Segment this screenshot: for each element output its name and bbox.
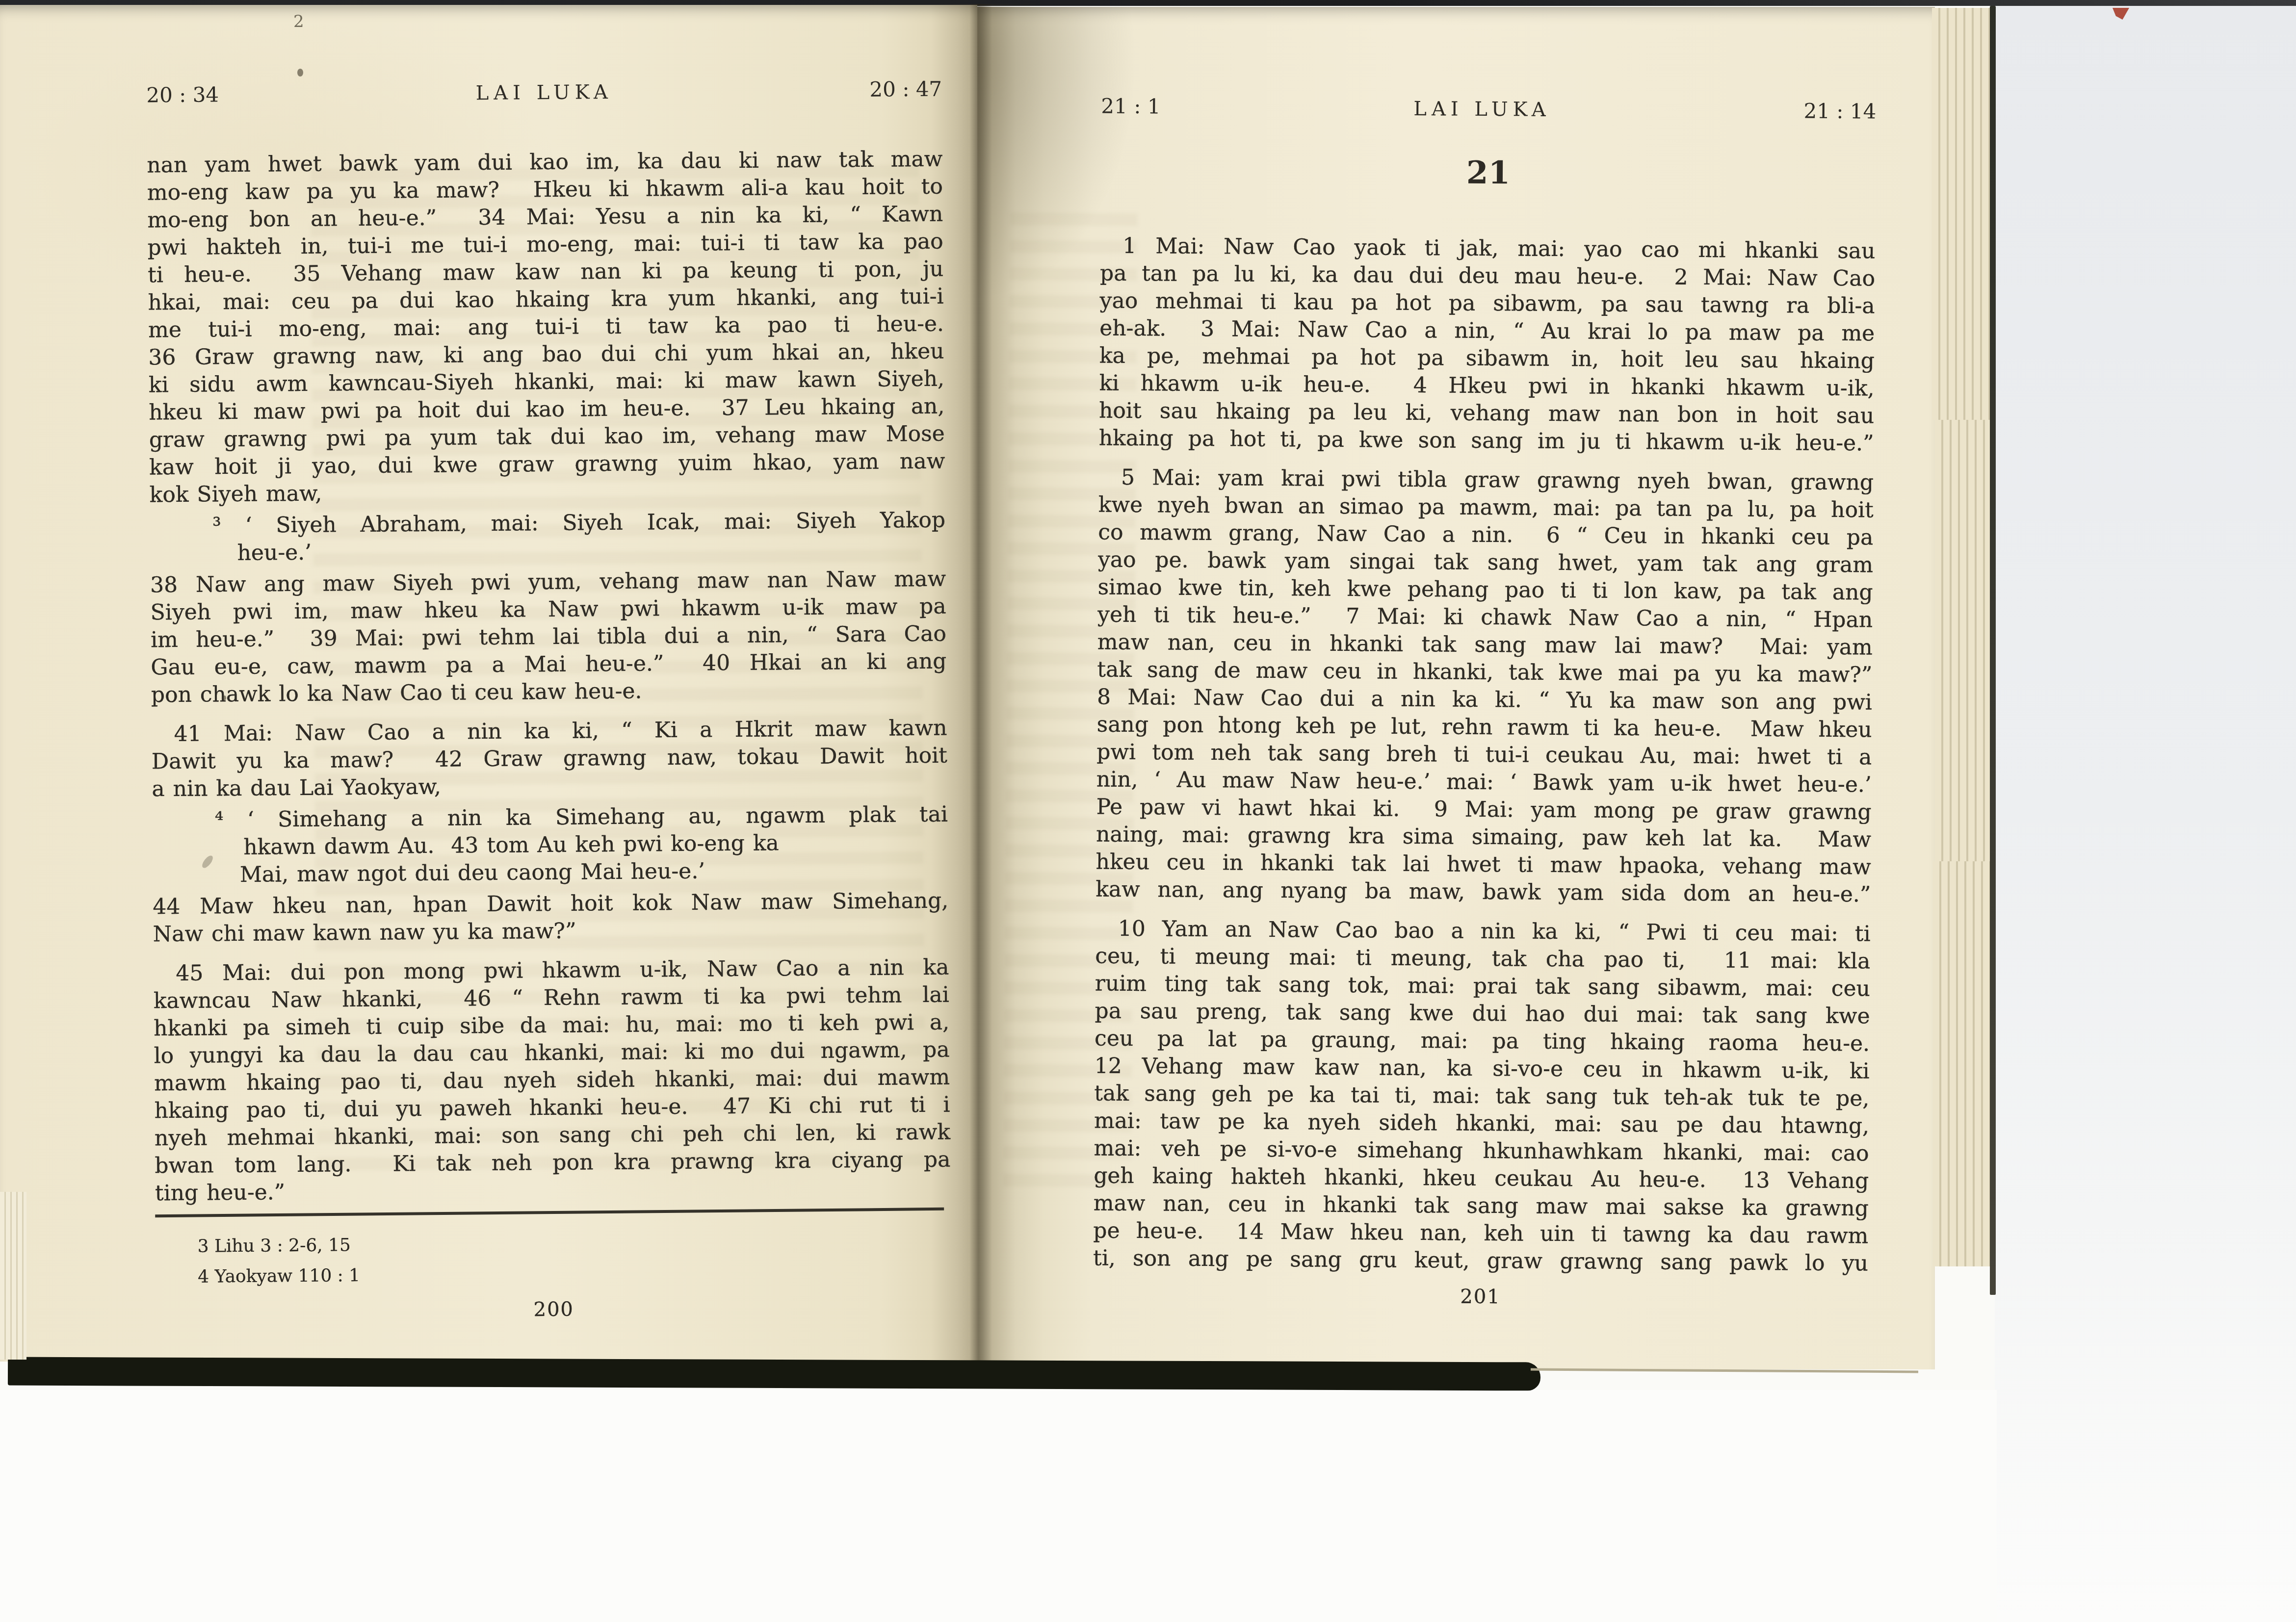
scanner-background-bottom: [0, 1390, 1997, 1622]
scanned-book-spread: 20 : 34 LAI LUKA 20 : 47 nan yam hwet ba…: [0, 0, 2296, 1622]
text-line: kaw nan, ang nyang ba maw, bawk yam sida…: [1096, 875, 1871, 908]
fore-edge-pages: [1935, 420, 1990, 861]
text-line: a nin ka dau Lai Yaokyaw,: [152, 770, 947, 803]
ink-speck: [223, 695, 226, 700]
fore-edge-pages: [1932, 8, 1990, 420]
page-number-left: 200: [156, 1295, 952, 1324]
book-cover-edge-bottom: [8, 1357, 1540, 1391]
text-line: pon chawk lo ka Naw Cao ti ceu kaw heu-e…: [151, 675, 947, 709]
book-cover-edge-right: [1990, 6, 1996, 1295]
text-line: hkaing pa hot ti, pa kwe son sang im ju …: [1099, 424, 1874, 457]
right-page-content: 21 : 1 LAI LUKA 21 : 14 21 1 Mai: Naw Ca…: [1093, 93, 1876, 1311]
text-line: ti, son ang pe sang gru keut, graw grawn…: [1093, 1244, 1868, 1277]
footnote-rule: [155, 1208, 944, 1217]
left-page-ref-start: 20 : 34: [146, 81, 219, 109]
right-page: 21 : 1 LAI LUKA 21 : 14 21 1 Mai: Naw Ca…: [977, 7, 1935, 1369]
stray-mark: 2: [293, 12, 304, 31]
quotation-line: Mai, maw ngot dui deu caong Mai heu-e.’: [153, 856, 948, 890]
left-page-header: 20 : 34 LAI LUKA 20 : 47: [146, 76, 942, 110]
left-page-ref-end: 20 : 47: [869, 76, 942, 103]
fore-edge-pages: [1933, 861, 1990, 1266]
right-page-body: 1 Mai: Naw Cao yaok ti jak, mai: yao cao…: [1093, 232, 1876, 1278]
text-line: Naw chi maw kawn naw yu ka maw?”: [153, 915, 949, 949]
ink-speck: [297, 69, 303, 77]
right-page-ref-start: 21 : 1: [1101, 93, 1160, 121]
left-page: 20 : 34 LAI LUKA 20 : 47 nan yam hwet ba…: [0, 5, 977, 1362]
footnotes: 3 Lihu 3 : 2-6, 15 4 Yaokyaw 110 : 1: [155, 1226, 951, 1293]
chapter-number: 21: [1100, 152, 1876, 195]
left-page-content: 20 : 34 LAI LUKA 20 : 47 nan yam hwet ba…: [146, 76, 952, 1324]
right-page-ref-end: 21 : 14: [1803, 98, 1876, 126]
right-page-header: 21 : 1 LAI LUKA 21 : 14: [1101, 93, 1876, 126]
page-number-right: 201: [1093, 1283, 1868, 1311]
text-line: ting heu-e.”: [155, 1174, 951, 1208]
left-page-body: nan yam hwet bawk yam dui kao im, ka dau…: [147, 146, 951, 1208]
footnote: 4 Yaokyaw 110 : 1: [198, 1256, 951, 1292]
text-line: kok Siyeh maw,: [149, 475, 945, 509]
scanner-background: [1995, 0, 2296, 1622]
page-edges-left: [0, 1192, 26, 1360]
running-title-left: LAI LUKA: [475, 78, 613, 107]
quotation-line: heu-e.’: [150, 534, 945, 568]
running-title-right: LAI LUKA: [1413, 95, 1551, 124]
